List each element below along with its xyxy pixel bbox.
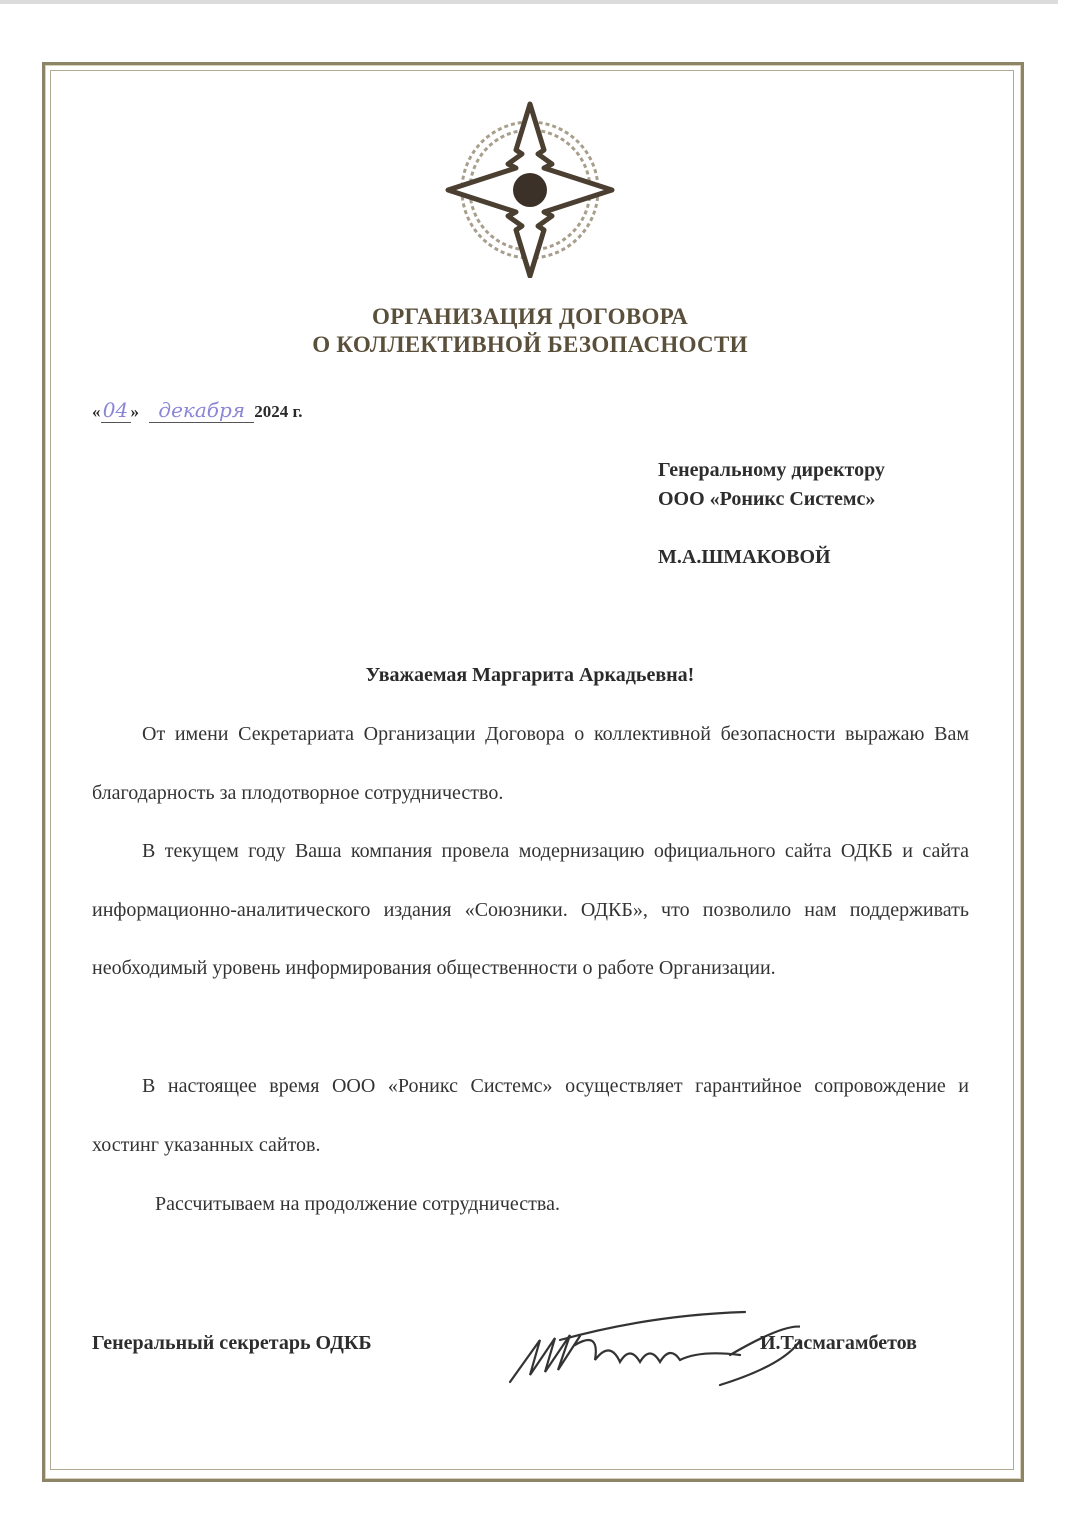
organization-title-line2: О КОЛЛЕКТИВНОЙ БЕЗОПАСНОСТИ xyxy=(0,330,1060,359)
letter-greeting: Уважаемая Маргарита Аркадьевна! xyxy=(0,664,1060,687)
addressee-position: Генеральному директору xyxy=(658,456,885,485)
date-close-quote: » xyxy=(131,402,140,421)
body-paragraph-4: Рассчитываем на продолжение сотрудничест… xyxy=(155,1175,855,1234)
body-paragraph-1: От имени Секретариата Организации Догово… xyxy=(92,705,969,822)
organization-title-line1: ОРГАНИЗАЦИЯ ДОГОВОРА xyxy=(0,302,1060,331)
addressee-company: ООО «Роникс Системс» xyxy=(658,485,875,514)
date-year: 2024 г. xyxy=(254,402,302,421)
date-month: декабря xyxy=(149,398,254,423)
addressee-name: М.А.ШМАКОВОЙ xyxy=(658,543,831,572)
csto-emblem-icon xyxy=(440,98,620,278)
signatory-name: И.Тасмагамбетов xyxy=(760,1332,917,1355)
viewer-top-bar xyxy=(0,0,1058,4)
date-open-quote: « xyxy=(92,402,101,421)
signatory-title: Генеральный секретарь ОДКБ xyxy=(92,1332,372,1355)
letter-date: «04» декабря2024 г. xyxy=(92,398,303,423)
body-paragraph-2: В текущем году Ваша компания провела мод… xyxy=(92,822,969,998)
date-day: 04 xyxy=(101,398,131,423)
body-paragraph-3: В настоящее время ООО «Роникс Системс» о… xyxy=(92,1057,969,1174)
handwritten-signature-icon xyxy=(500,1300,800,1395)
